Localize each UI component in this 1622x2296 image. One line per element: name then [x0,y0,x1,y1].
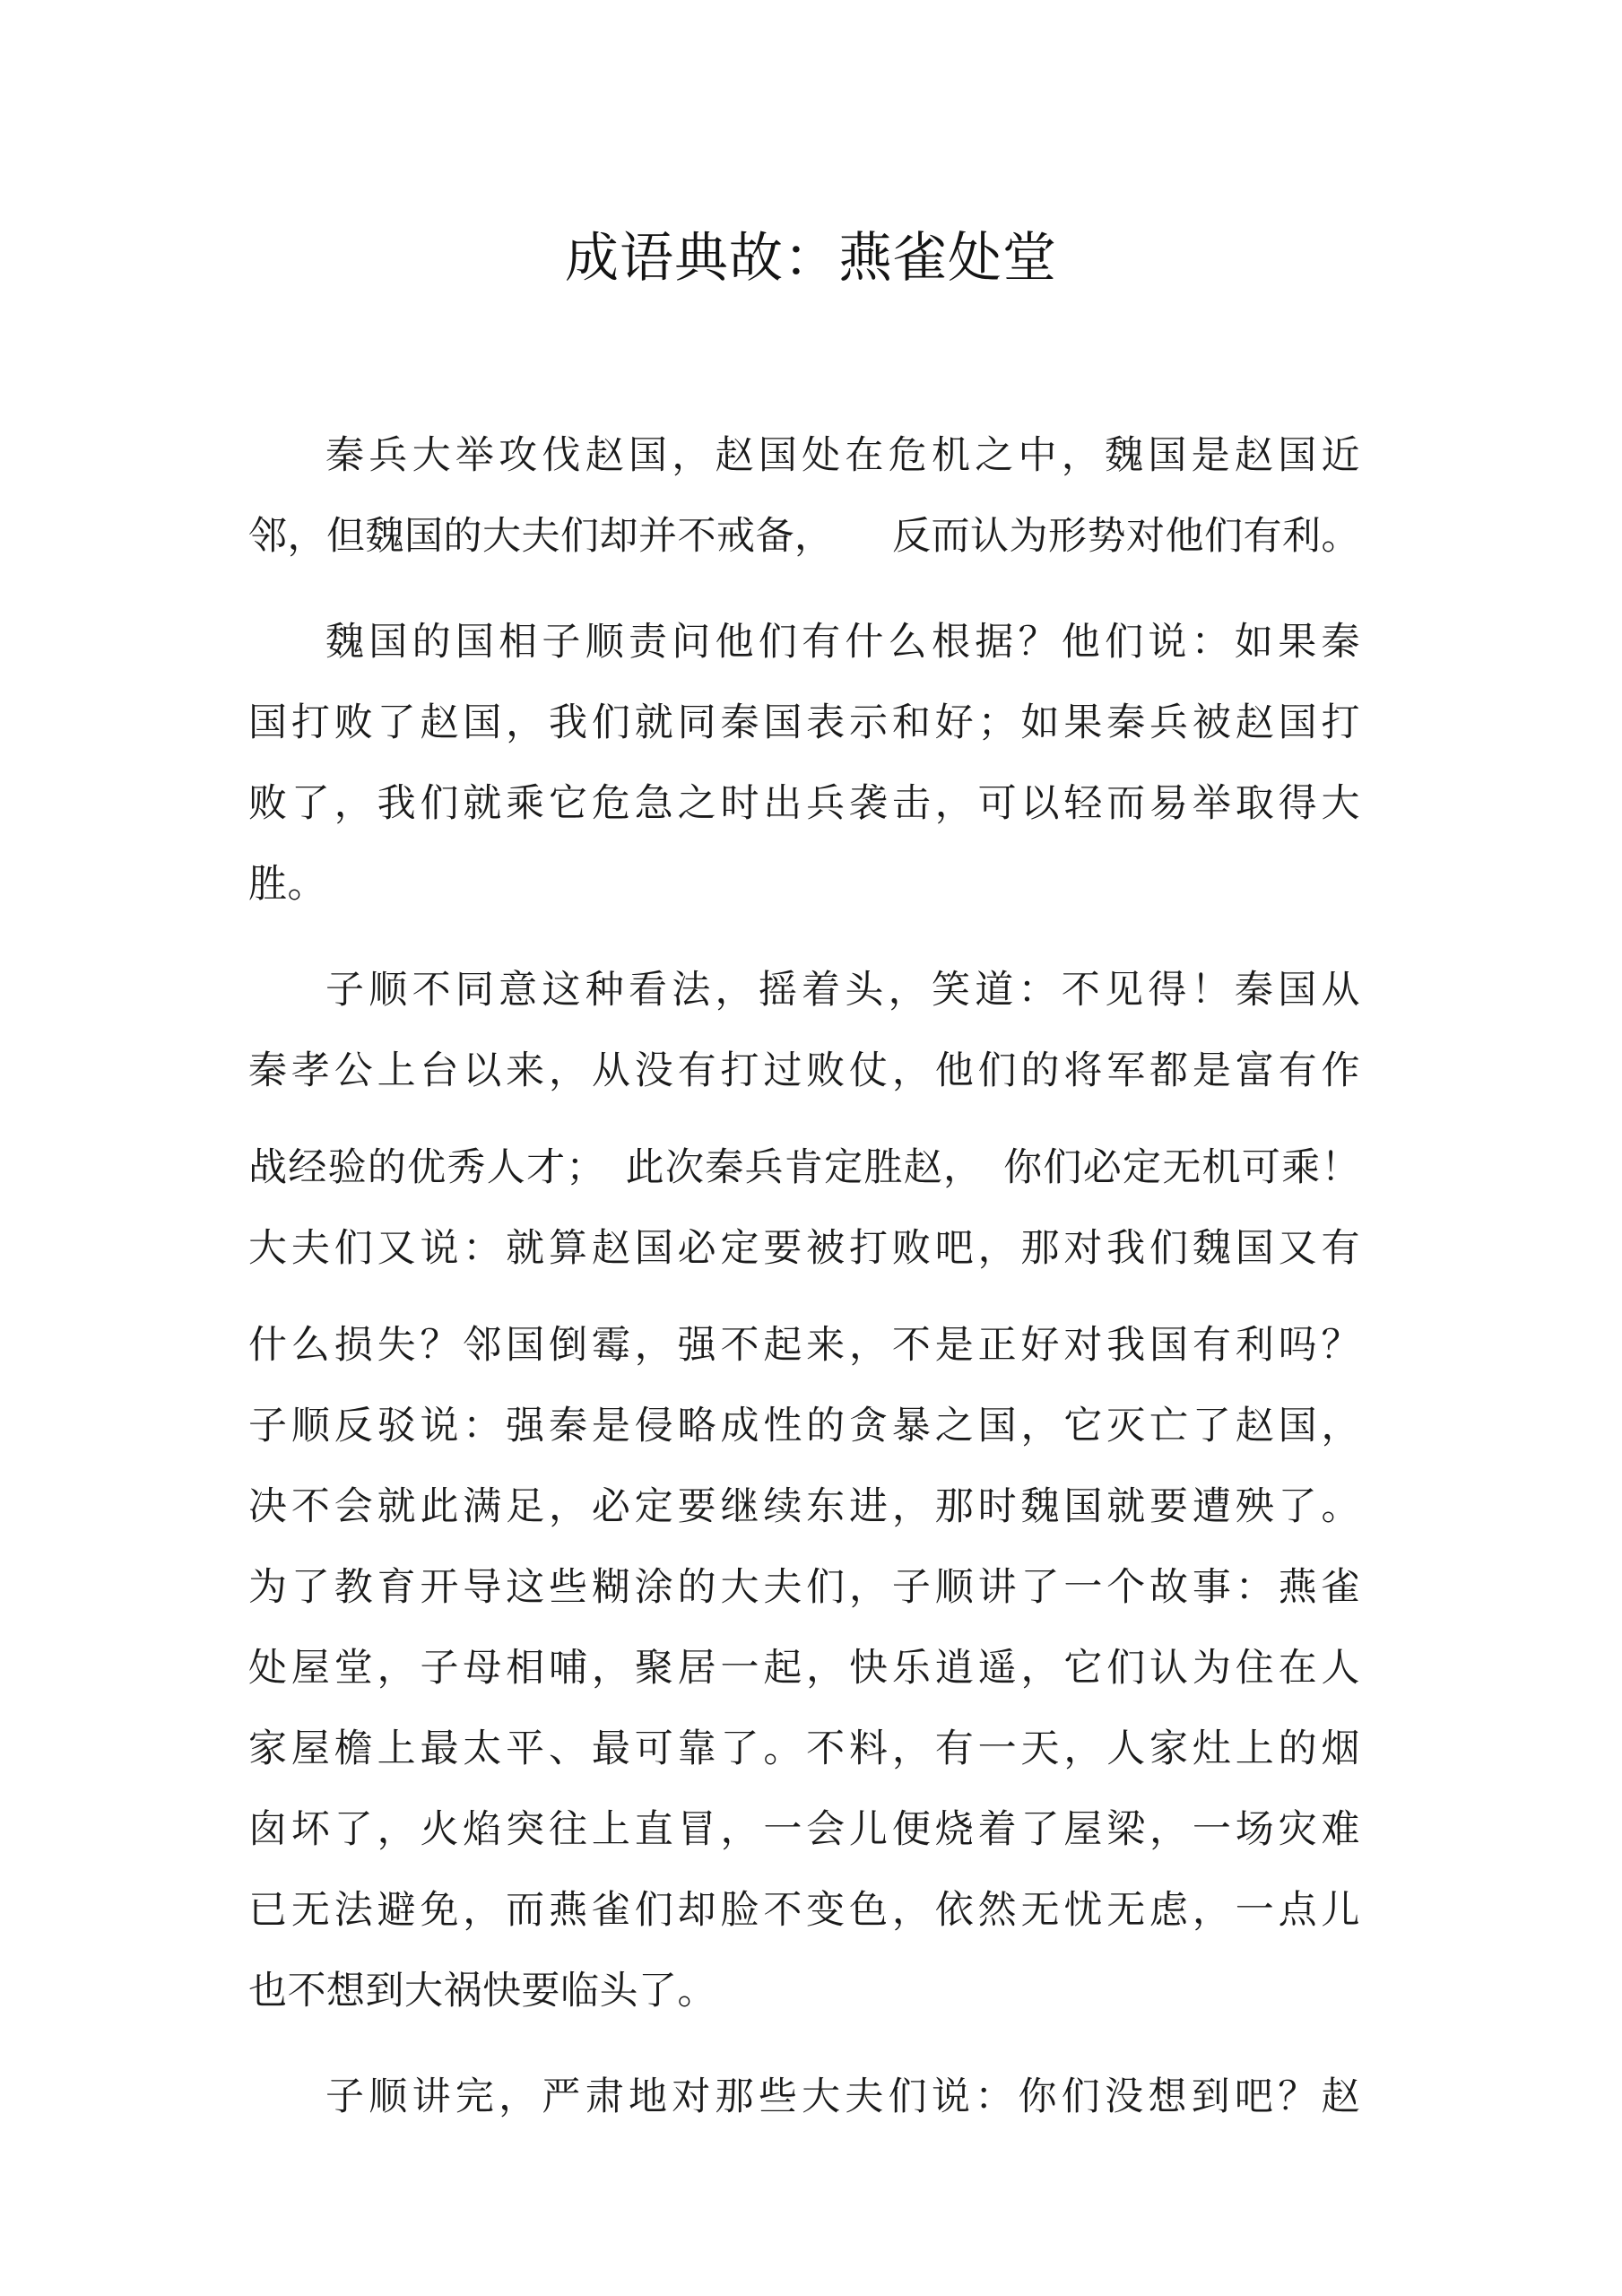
paragraph: 魏国的国相子顺责问他们有什么根据？他们说：如果秦国打败了赵国，我们就同秦国表示和… [248,603,1360,926]
text-line: 秦兵大举攻伐赵国，赵国处在危机之中，魏国是赵国近 [248,416,1360,497]
text-line: 为了教育开导这些糊涂的大夫们，子顺讲了一个故事：燕雀 [248,1548,1360,1629]
text-line: 家屋檐上最太平、最可靠了。不料，有一天，人家灶上的烟 [248,1709,1360,1790]
text-line: 也不想到大祸快要临头了。 [248,1952,1360,2032]
paragraph: 子顺不同意这种看法，摇着头，笑道：不见得！秦国从秦孝公上台以来，从没有打过败仗，… [248,951,1360,2032]
document-body: 秦兵大举攻伐赵国，赵国处在危机之中，魏国是赵国近邻，但魏国的大夫们却并不戒备， … [248,416,1360,2138]
text-line: 子顺反驳说：强秦是侵略成性的贪暴之国，它灭亡了赵国， [248,1387,1360,1467]
text-line: 囱坏了，火焰突往上直冒，一会儿便烧着了屋梁，一场灾难 [248,1790,1360,1871]
text-line: 邻，但魏国的大夫们却并不戒备， 反而认为形势对他们有利。 [248,497,1360,578]
text-line: 什么损失？邻国倒霉，强不起来，不是正好对我国有利吗？ [248,1306,1360,1387]
text-line: 战经验的优秀人才； 此次秦兵肯定胜赵， 你们必定无机可乘！ [248,1128,1360,1209]
paragraph: 秦兵大举攻伐赵国，赵国处在危机之中，魏国是赵国近邻，但魏国的大夫们却并不戒备， … [248,416,1360,578]
document-title: 成语典故：燕雀处堂 [0,226,1622,291]
text-line: 魏国的国相子顺责问他们有什么根据？他们说：如果秦 [248,603,1360,683]
text-line: 败了，我们就乘它危急之时出兵袭击，可以轻而易举取得大 [248,764,1360,845]
text-line: 子顺讲完，严肃地对那些大夫们说：你们没想到吧？赵 [248,2057,1360,2138]
text-line: 大夫们又说：就算赵国必定要被打败吧，那对我们魏国又有 [248,1209,1360,1290]
text-line: 子顺不同意这种看法，摇着头，笑道：不见得！秦国从 [248,951,1360,1031]
paragraph: 子顺讲完，严肃地对那些大夫们说：你们没想到吧？赵 [248,2057,1360,2138]
text-line: 已无法避免，而燕雀们却脸不变色，依然无忧无虑，一点儿 [248,1871,1360,1952]
text-line: 决不会就此满足，必定要继续东进，那时魏国就要遭殃了。 [248,1467,1360,1548]
text-line: 胜。 [248,845,1360,926]
document-page: 成语典故：燕雀处堂 秦兵大举攻伐赵国，赵国处在危机之中，魏国是赵国近邻，但魏国的… [0,0,1622,2296]
text-line: 国打败了赵国，我们就同秦国表示和好；如果秦兵被赵国打 [248,683,1360,764]
text-line: 处屋堂，子母相哺，聚居一起，快乐逍遥，它们认为住在人 [248,1629,1360,1709]
text-line: 秦孝公上台以来，从没有打过败仗，他们的将军都是富有作 [248,1031,1360,1112]
